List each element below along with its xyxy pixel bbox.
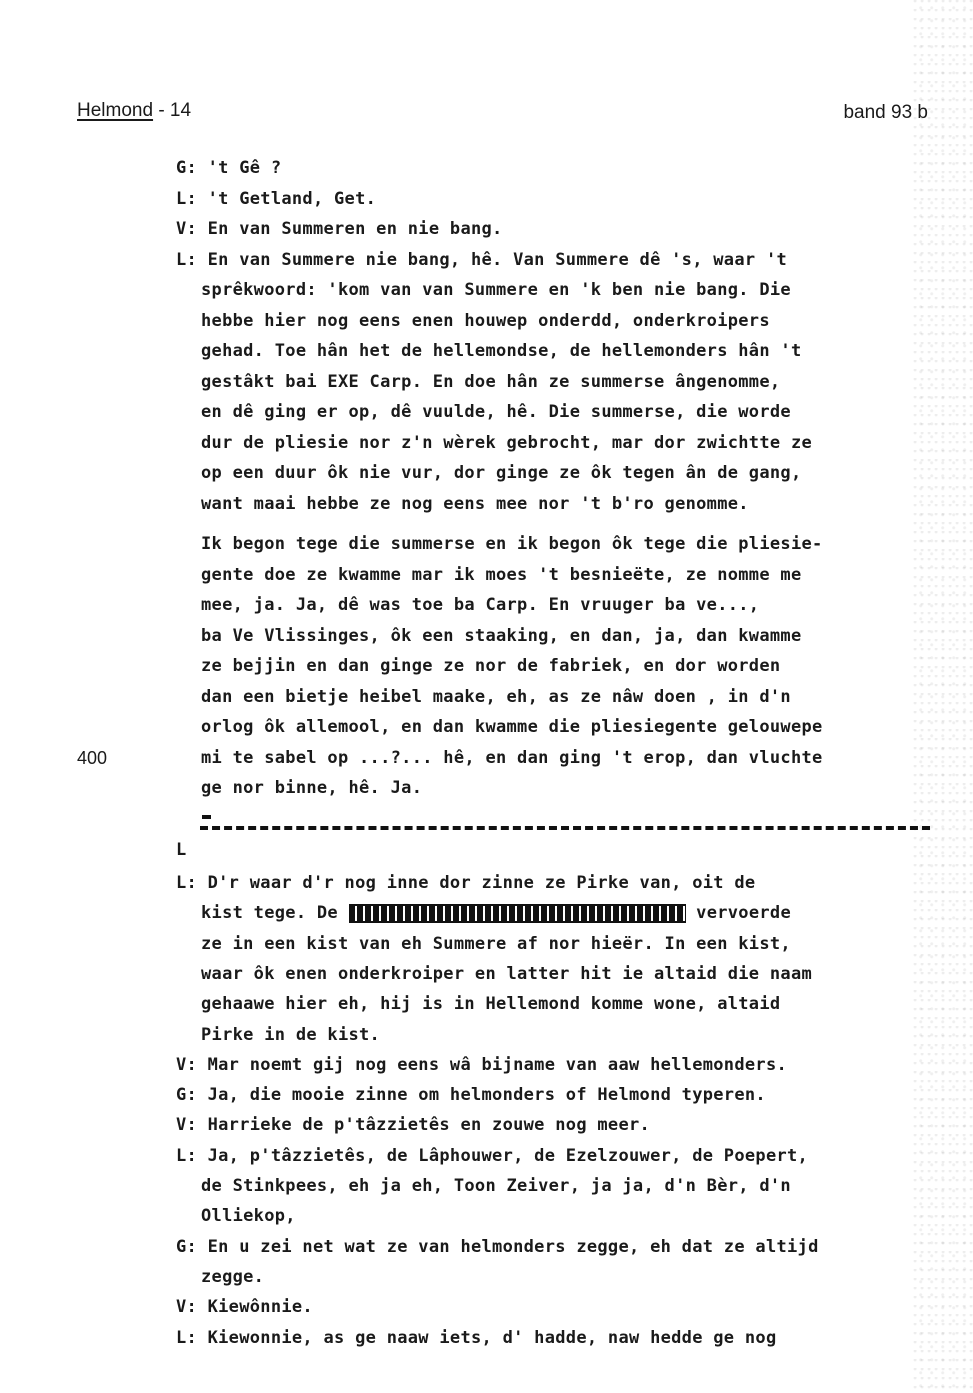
transcript-line: zegge. [201, 1267, 264, 1287]
transcript-line: sprêkwoord: 'kom van van Summere en 'k b… [201, 280, 791, 300]
transcript-line: de Stinkpees, eh ja eh, Toon Zeiver, ja … [201, 1176, 791, 1196]
section-divider [200, 826, 930, 830]
transcript-line: L: En van Summere nie bang, hê. Van Summ… [176, 250, 787, 270]
transcript-line: gehaawe hier eh, hij is in Hellemond kom… [201, 994, 780, 1014]
transcript-line: G: Ja, die mooie zinne om helmonders of … [176, 1085, 766, 1105]
transcript-line: waar ôk enen onderkroiper en latter hit … [201, 964, 812, 984]
place-name: Helmond [77, 100, 153, 121]
transcript-line: gestâkt bai EXE Carp. En doe hân ze summ… [201, 372, 780, 392]
transcript-line: L: Ja, p'tâzzietês, de Lâphouwer, de Eze… [176, 1146, 808, 1166]
divider-dot [202, 815, 211, 819]
transcript-line: gehad. Toe hân het de hellemondse, de he… [201, 341, 802, 361]
transcript-line: hebbe hier nog eens enen houwep onderdd,… [201, 311, 770, 331]
transcript-line: G: En u zei net wat ze van helmonders ze… [176, 1237, 819, 1257]
transcript-line: Ik begon tege die summerse en ik begon ô… [201, 534, 823, 554]
transcript-line: L: Kiewonnie, as ge naaw iets, d' hadde,… [176, 1328, 777, 1348]
transcript-line: ze bejjin en dan ginge ze nor de fabriek… [201, 656, 780, 676]
transcript-line: mee, ja. Ja, dê was toe ba Carp. En vruu… [201, 595, 759, 615]
tape-label: band 93 b [843, 102, 928, 124]
transcript-line: mi te sabel op ...?... hê, en dan ging '… [201, 748, 823, 768]
transcript-line: V: Mar noemt gij nog eens wâ bijname van… [176, 1055, 787, 1075]
transcript-line: V: Harrieke de p'tâzzietês en zouwe nog … [176, 1115, 650, 1135]
transcript-line: Olliekop, [201, 1206, 296, 1226]
transcript-line: kist tege. De XEKXGEKKOEXZEXXMXKEKXKXSTX… [201, 903, 791, 923]
scan-noise [913, 0, 973, 1393]
transcript-line: orlog ôk allemool, en dan kwamme die pli… [201, 717, 823, 737]
transcript-line: L: 't Getland, Get. [176, 189, 376, 209]
transcript-line: en dê ging er op, dê vuulde, hê. Die sum… [201, 402, 791, 422]
struck-out-text: XEKXGEKKOEXZEXXMXKEKXKXSTXXAKXEK [349, 904, 686, 923]
section-marker: L [176, 840, 187, 860]
page-number: - 14 [153, 100, 191, 121]
margin-counter: 400 [77, 748, 107, 769]
transcript-line: V: Kiewônnie. [176, 1297, 313, 1317]
transcript-line: Pirke in de kist. [201, 1025, 380, 1045]
transcript-line: ze in een kist van eh Summere af nor hie… [201, 934, 791, 954]
transcript-line: dur de pliesie nor z'n wèrek gebrocht, m… [201, 433, 812, 453]
transcript-line: L: D'r waar d'r nog inne dor zinne ze Pi… [176, 873, 755, 893]
transcript-line: want maai hebbe ze nog eens mee nor 't b… [201, 494, 749, 514]
transcript-line: G: 't Gê ? [176, 158, 281, 178]
transcript-line: ge nor binne, hê. Ja. [201, 778, 422, 798]
transcript-line: dan een bietje heibel maake, eh, as ze n… [201, 687, 791, 707]
transcript-line: op een duur ôk nie vur, dor ginge ze ôk … [201, 463, 802, 483]
transcript-line: V: En van Summeren en nie bang. [176, 219, 503, 239]
transcript-line: gente doe ze kwamme mar ik moes 't besni… [201, 565, 802, 585]
page-header-left: Helmond - 14 [77, 100, 191, 122]
transcript-line: ba Ve Vlissinges, ôk een staaking, en da… [201, 626, 802, 646]
